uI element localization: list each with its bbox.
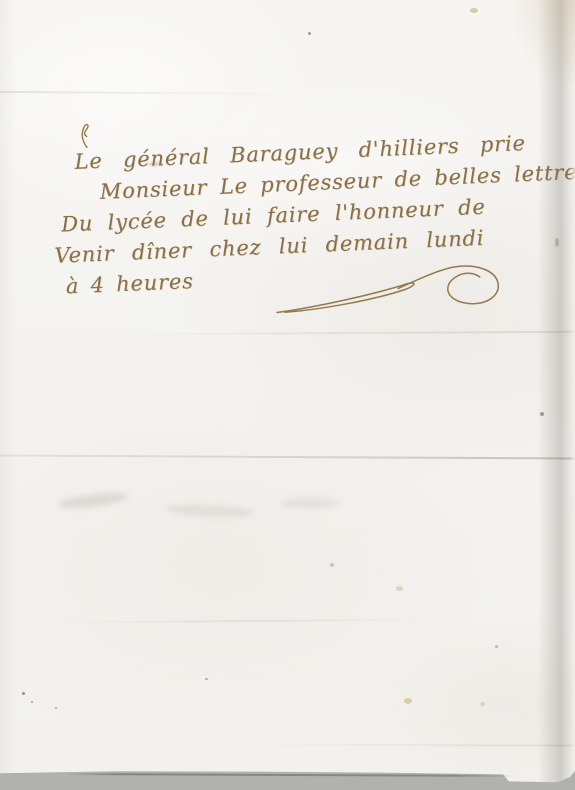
stain-speck <box>495 645 498 648</box>
stain-speck <box>22 692 25 695</box>
stain-speck <box>55 707 57 709</box>
fold-crease <box>0 454 575 459</box>
signature-flourish-icon <box>271 253 545 322</box>
smudge-mark <box>165 503 256 520</box>
stain-speck <box>396 586 403 591</box>
fold-crease <box>120 331 575 335</box>
fold-crease <box>200 743 575 746</box>
paper-edge-shading <box>0 0 575 783</box>
stain-speck <box>308 32 311 35</box>
paper-bottom-edge-shadow <box>64 773 516 777</box>
stain-speck <box>470 8 478 13</box>
stain-speck <box>540 412 544 416</box>
fold-crease <box>0 91 320 95</box>
scanned-letter-page: Le général Baraguey d'hilliers prie Mons… <box>0 0 575 790</box>
stain-speck <box>330 563 334 567</box>
stain-speck <box>31 701 33 703</box>
smudge-mark <box>280 498 340 508</box>
stain-speck <box>205 678 208 680</box>
stain-speck <box>480 702 485 706</box>
handwritten-note: Le général Baraguey d'hilliers prie Mons… <box>48 126 569 302</box>
smudge-mark <box>57 490 128 511</box>
stain-speck <box>404 698 412 704</box>
pen-lift-flourish-icon <box>77 122 92 149</box>
paper-sheet: Le général Baraguey d'hilliers prie Mons… <box>0 0 575 783</box>
fold-crease <box>60 619 440 624</box>
